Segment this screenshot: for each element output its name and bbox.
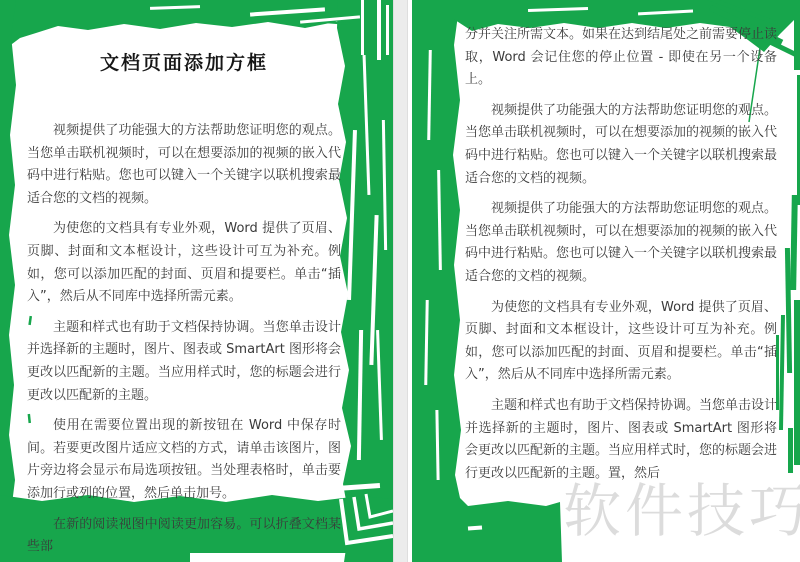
paragraph[interactable]: 使用在需要位置出现的新按钮在 Word 中保存时间。若要更改图片适应文档的方式，… bbox=[27, 415, 341, 505]
document-page-left[interactable]: 文档页面添加方框 视频提供了功能强大的方法帮助您证明您的观点。当您单击联机视频时… bbox=[0, 0, 393, 562]
page-title[interactable]: 文档页面添加方框 bbox=[27, 50, 341, 76]
page-gap bbox=[393, 0, 408, 562]
right-page-text-column: 分并关注所需文本。如果在达到结尾处之前需要停止读取，Word 会记住您的停止位置… bbox=[465, 24, 777, 493]
paragraph[interactable]: 在新的阅读视图中阅读更加容易。可以折叠文档某些部 bbox=[27, 514, 341, 559]
watermark-text: 软件技巧 bbox=[563, 464, 800, 548]
paragraph[interactable]: 视频提供了功能强大的方法帮助您证明您的观点。当您单击联机视频时，可以在想要添加的… bbox=[465, 198, 777, 288]
paragraph[interactable]: 视频提供了功能强大的方法帮助您证明您的观点。当您单击联机视频时，可以在想要添加的… bbox=[27, 120, 341, 210]
paragraph[interactable]: 为使您的文档具有专业外观，Word 提供了页眉、页脚、封面和文本框设计，这些设计… bbox=[27, 218, 341, 308]
paragraph[interactable]: 为使您的文档具有专业外观，Word 提供了页眉、页脚、封面和文本框设计，这些设计… bbox=[465, 297, 777, 387]
paragraph[interactable]: 分并关注所需文本。如果在达到结尾处之前需要停止读取，Word 会记住您的停止位置… bbox=[465, 24, 777, 92]
paragraph[interactable]: 主题和样式也有助于文档保持协调。当您单击设计并选择新的主题时，图片、图表或 Sm… bbox=[27, 317, 341, 407]
left-page-text-column: 文档页面添加方框 视频提供了功能强大的方法帮助您证明您的观点。当您单击联机视频时… bbox=[27, 50, 341, 562]
word-document-view: 文档页面添加方框 视频提供了功能强大的方法帮助您证明您的观点。当您单击联机视频时… bbox=[0, 0, 800, 562]
paragraph[interactable]: 视频提供了功能强大的方法帮助您证明您的观点。当您单击联机视频时，可以在想要添加的… bbox=[465, 100, 777, 190]
